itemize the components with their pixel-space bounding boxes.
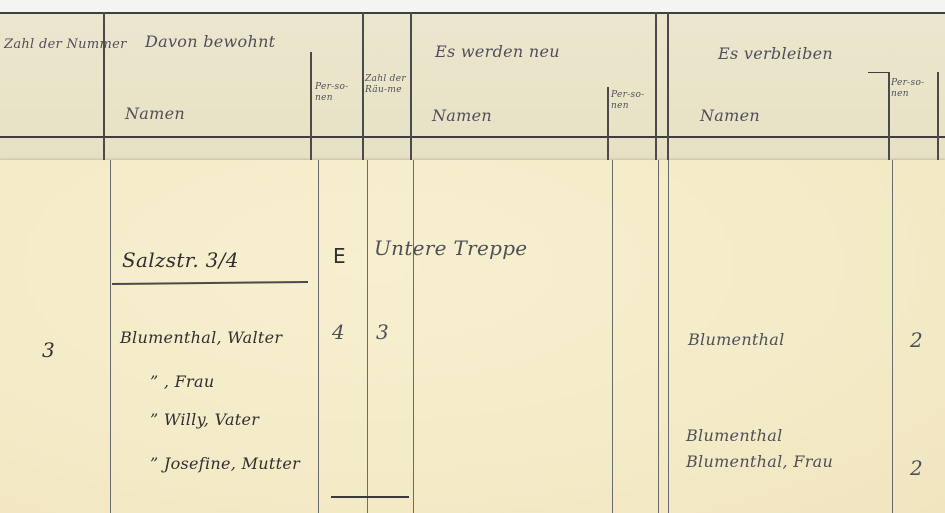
header-group-added: Es werden neu [435, 42, 560, 61]
header-remaining-name: Namen [700, 106, 760, 125]
header-remaining-persons: Per-so-nen [891, 78, 935, 100]
row-number: 3 [42, 338, 55, 362]
col-rule [612, 160, 613, 513]
col-rule [668, 160, 669, 513]
header-added-name: Namen [432, 106, 492, 125]
col-rule [318, 160, 319, 513]
header-group-remaining: Es verbleiben [718, 44, 833, 63]
col-rule [667, 12, 669, 162]
previous-name-1: Blumenthal, Walter [120, 328, 282, 347]
col-rule [110, 160, 111, 513]
header-band: Zahl der Nummer Davon bewohnt Namen Per-… [0, 12, 945, 162]
previous-rooms: 3 [376, 320, 389, 344]
col-rule [658, 160, 659, 513]
previous-name-2: ” , Frau [150, 372, 214, 391]
remaining-persons-3: 2 [910, 456, 923, 480]
col-rule [892, 160, 893, 513]
col-rule [607, 87, 609, 162]
remaining-name-3: Blumenthal, Frau [686, 452, 833, 471]
remaining-name-1: Blumenthal [688, 330, 785, 349]
address-underline [112, 281, 308, 285]
col-rule [362, 12, 364, 162]
col-rule [888, 72, 890, 162]
bracket-rule [868, 72, 889, 73]
previous-name-4: ” Josefine, Mutter [150, 454, 300, 473]
header-previous-persons: Per-so-nen [315, 82, 359, 104]
section-address: Salzstr. 3/4 [122, 248, 239, 272]
previous-name-3: ” Willy, Vater [150, 410, 259, 429]
header-previous-rooms: Zahl der Räu-me [365, 74, 409, 96]
header-number-label: Zahl der Nummer [4, 37, 127, 52]
header-number-col: Zahl der Nummer [4, 32, 99, 58]
header-bottom-rule [0, 136, 945, 138]
col-rule [310, 52, 312, 162]
header-previous-name: Namen [125, 104, 185, 123]
remaining-name-2: Blumenthal [686, 426, 783, 445]
section-note: Untere Treppe [374, 236, 527, 260]
header-group-previous: Davon bewohnt [145, 32, 275, 51]
section-marker: E [333, 244, 346, 268]
remaining-persons-1: 2 [910, 328, 923, 352]
register-body: Salzstr. 3/4 E Untere Treppe 3 Blumentha… [0, 160, 945, 513]
previous-persons: 4 [332, 320, 345, 344]
sum-rule [331, 496, 409, 498]
col-rule [413, 160, 414, 513]
header-top-rule [0, 12, 945, 14]
col-rule [937, 72, 939, 162]
col-rule [655, 12, 657, 162]
col-rule [410, 12, 412, 162]
header-added-persons: Per-so-nen [611, 90, 653, 112]
top-margin [0, 0, 945, 12]
col-rule [367, 160, 368, 513]
col-rule [103, 12, 105, 162]
